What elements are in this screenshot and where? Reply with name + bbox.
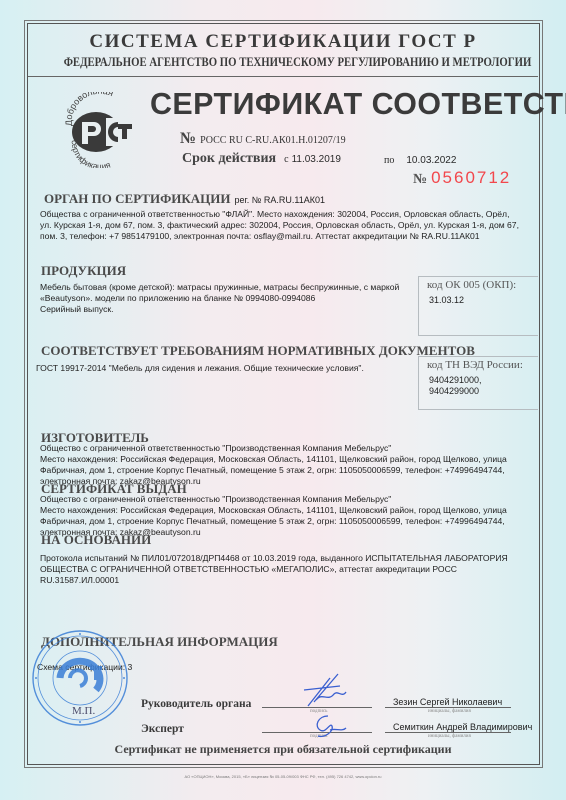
product-line-2: «Beautyson». модели по приложению на бла… (40, 293, 410, 304)
validity-from-date: 11.03.2019 (292, 154, 341, 165)
product-line-1: Мебель бытовая (кроме детской): матрасы … (40, 282, 410, 293)
issued-to-line-1: Общество с ограниченной ответственностью… (40, 494, 540, 505)
expert-label: Эксперт (141, 723, 184, 735)
issued-to-line-2: Место нахождения: Российская Федерация, … (40, 505, 540, 516)
printer-imprint: АО «ОПЦИОН», Москва, 2015, «Б» лицензия … (28, 774, 538, 779)
certificate-title: СЕРТИФИКАТ СООТВЕТСТВИЯ (150, 86, 566, 122)
head-name: Зезин Сергей Николаевич (393, 697, 502, 707)
basis-line-1: Протокола испытаний № ПИЛ01/072018/ДРП44… (40, 553, 540, 564)
basis-line-3: RU.31587.ИЛ.00001 (40, 575, 540, 586)
validity-label: Срок действия (182, 151, 276, 166)
manufacturer-line-2: Место нахождения: Российская Федерация, … (40, 454, 540, 465)
manufacturer-line-3: Фабричная, дом 1, строение Корпус Печатн… (40, 465, 540, 476)
conformity-text: ГОСТ 19917-2014 "Мебель для сидения и ле… (36, 363, 406, 374)
expert-signature-icon (310, 712, 350, 740)
validity-from-label: с (284, 154, 288, 165)
tnved-code-box: код ТН ВЭД России: 9404291000, 940429900… (418, 356, 538, 410)
certificate-number-value: РОСС RU С-RU.АК01.Н.01207/19 (200, 135, 346, 146)
product-line-3: Серийный выпуск. (40, 304, 410, 315)
tnved-code-values: 9404291000, 9404299000 (429, 375, 482, 397)
validity-to-date: 10.03.2022 (406, 155, 456, 166)
expert-name-caption: инициалы, фамилия (428, 734, 471, 739)
manufacturer-line-1: Общество с ограниченной ответственностью… (40, 443, 540, 454)
certificate-number: №РОСС RU С-RU.АК01.Н.01207/19 (180, 130, 346, 148)
certification-body-text: Общества с ограниченной ответственностью… (40, 209, 520, 242)
conformity-heading: СООТВЕТСТВУЕТ ТРЕБОВАНИЯМ НОРМАТИВНЫХ ДО… (41, 343, 475, 359)
basis-line-2: ОБЩЕСТВА С ОГРАНИЧЕННОЙ ОТВЕТСТВЕННОСТЬЮ… (40, 564, 540, 575)
validity-to: по10.03.2022 (384, 155, 456, 166)
head-of-body-label: Руководитель органа (141, 698, 251, 710)
head-signature-icon (300, 672, 360, 712)
seal-label: М.П. (72, 705, 95, 717)
basis-text: Протокола испытаний № ПИЛ01/072018/ДРП44… (40, 553, 540, 586)
expert-name: Семиткин Андрей Владимирович (393, 722, 532, 732)
issued-to-line-3: Фабричная, дом 1, строение Корпус Печатн… (40, 516, 540, 527)
certification-body-heading: ОРГАН ПО СЕРТИФИКАЦИИрег. № RA.RU.11АК01 (44, 191, 325, 207)
certification-body-reg: рег. № RA.RU.11АК01 (235, 195, 325, 205)
serial-sign: № (413, 172, 427, 187)
header-divider (28, 76, 538, 77)
okp-code-box: код ОК 005 (ОКП): 31.03.12 (418, 276, 538, 336)
tnved-code-1: 9404291000, (429, 375, 482, 386)
basis-heading: НА ОСНОВАНИИ (41, 532, 151, 548)
validity-period: Срок действияс11.03.2019 (182, 151, 341, 167)
blank-serial: №0560712 (413, 168, 511, 188)
number-sign: № (180, 130, 196, 147)
head-name-line (385, 707, 511, 708)
tnved-code-2: 9404299000 (429, 386, 482, 397)
expert-name-line (385, 732, 511, 733)
okp-code-title: код ОК 005 (ОКП): (427, 279, 516, 291)
product-text: Мебель бытовая (кроме детской): матрасы … (40, 282, 410, 315)
serial-number: 0560712 (431, 168, 511, 187)
product-heading: ПРОДУКЦИЯ (41, 263, 126, 279)
tnved-code-title: код ТН ВЭД России: (427, 359, 523, 371)
validity-to-label: по (384, 155, 394, 166)
system-title: СИСТЕМА СЕРТИФИКАЦИИ ГОСТ Р (28, 31, 538, 53)
gost-r-logo-icon: Добровольная сертификация (62, 92, 138, 168)
agency-name: ФЕДЕРАЛЬНОЕ АГЕНТСТВО ПО ТЕХНИЧЕСКОМУ РЕ… (64, 55, 503, 70)
head-name-caption: инициалы, фамилия (428, 709, 471, 714)
certification-body-heading-text: ОРГАН ПО СЕРТИФИКАЦИИ (44, 191, 231, 206)
okp-code-value: 31.03.12 (429, 295, 464, 306)
footer-note: Сертификат не применяется при обязательн… (28, 742, 538, 757)
